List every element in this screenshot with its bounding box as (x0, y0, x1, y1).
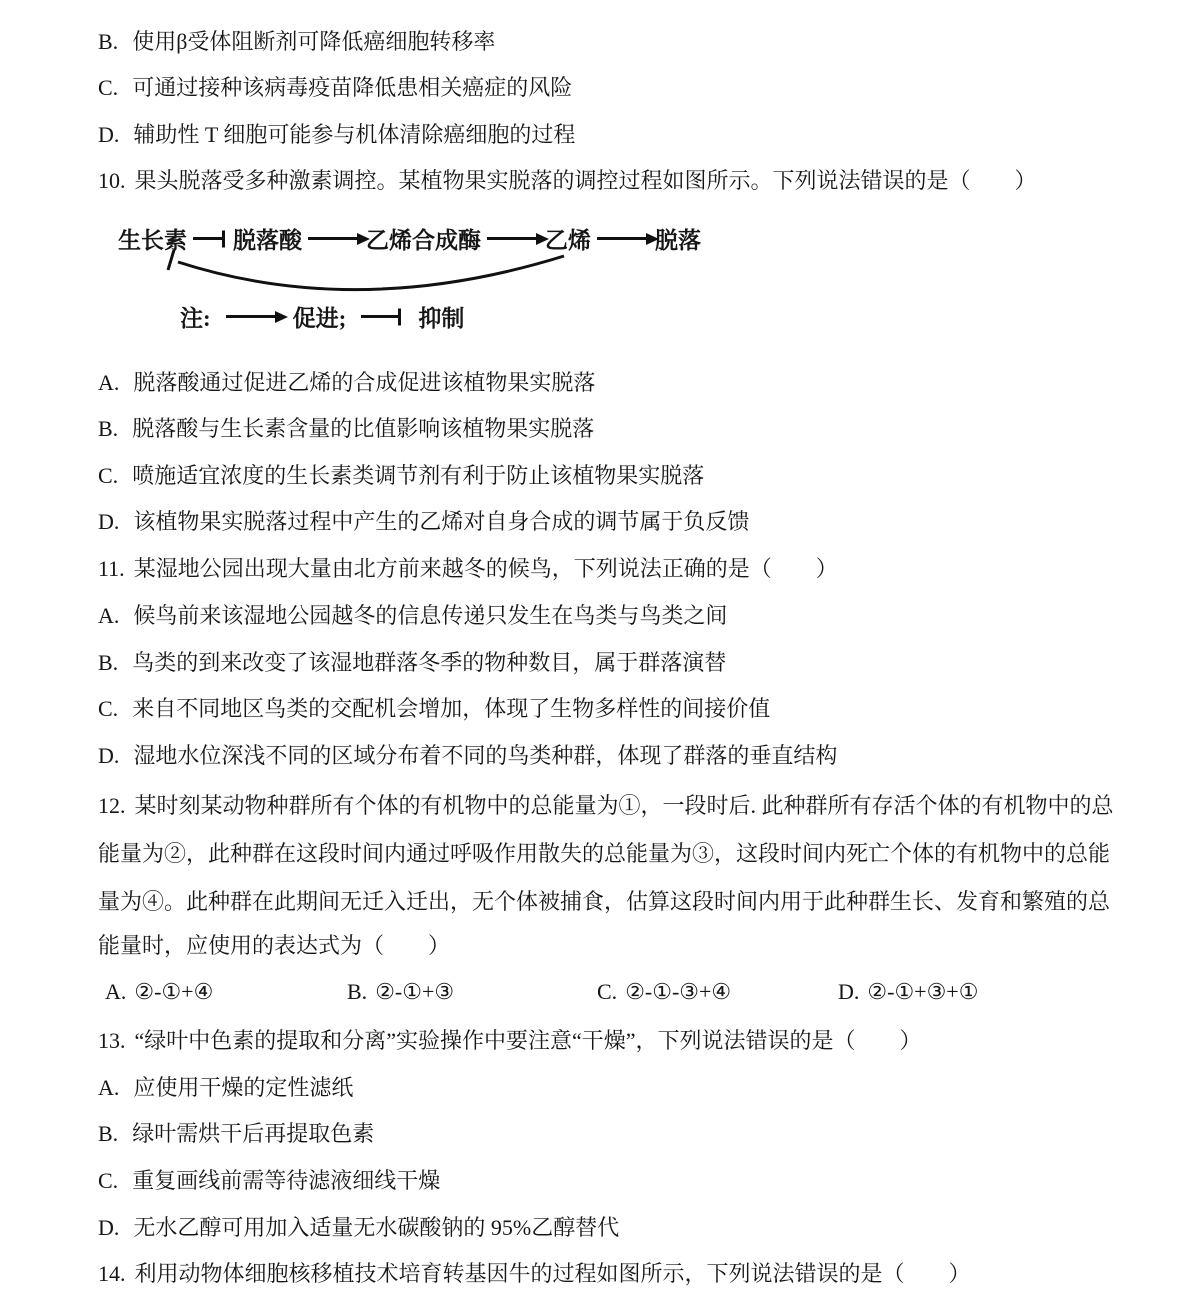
q10-option-d: D.该植物果实脱落过程中产生的乙烯对自身合成的调节属于负反馈 (98, 507, 749, 537)
question-number: 13. (98, 1026, 126, 1056)
option-text: 辅助性 T 细胞可能参与机体清除癌细胞的过程 (133, 122, 575, 147)
option-label: C. (98, 461, 118, 491)
question-number: 12. (98, 791, 126, 821)
legend-promote-label: 促进; (293, 300, 347, 333)
option-text: 鸟类的到来改变了该湿地群落冬季的物种数目，属于群落演替 (132, 650, 726, 675)
q12-stem-line-3: 量为④。此种群在此期间无迁入迁出，无个体被捕食，估算这段时间内用于此种群生长、发… (98, 887, 1110, 917)
option-label: B. (98, 1119, 118, 1149)
promote-arrow-icon (308, 237, 358, 240)
option-text: 脱落酸与生长素含量的比值影响该植物果实脱落 (132, 416, 594, 441)
q12-stem-line-1: 12.某时刻某动物种群所有个体的有机物中的总能量为①，一段时后. 此种群所有存活… (98, 791, 1114, 821)
question-text: 某时刻某动物种群所有个体的有机物中的总能量为①，一段时后. 此种群所有存活个体的… (135, 793, 1114, 818)
question-number: 14. (98, 1259, 126, 1289)
question-text: 能量时，应使用的表达式为（ ） (98, 933, 450, 958)
question-text: “绿叶中色素的提取和分离”实验操作中要注意“干燥”，下列说法错误的是（ ） (135, 1028, 922, 1053)
q11-option-a: A.候鸟前来该湿地公园越冬的信息传递只发生在鸟类与鸟类之间 (98, 601, 727, 631)
option-text: 使用β受体阻断剂可降低癌细胞转移率 (132, 29, 495, 54)
option-text: ②-①-③+④ (625, 979, 731, 1004)
q10-option-c: C.喷施适宜浓度的生长素类调节剂有利于防止该植物果实脱落 (98, 461, 704, 491)
q13-option-b: B.绿叶需烘干后再提取色素 (98, 1119, 374, 1149)
question-text: 某湿地公园出现大量由北方前来越冬的候鸟，下列说法正确的是（ ） (134, 556, 838, 581)
option-text: 无水乙醇可用加入适量无水碳酸钠的 95%乙醇替代 (133, 1215, 619, 1240)
promote-arrow-icon (487, 237, 537, 240)
q12-stem-line-2: 能量为②，此种群在这段时间内通过呼吸作用散失的总能量为③，这段时间内死亡个体的有… (98, 839, 1110, 869)
question-text: 利用动物体细胞核移植技术培育转基因牛的过程如图所示，下列说法错误的是（ ） (135, 1261, 971, 1286)
q12-option-b: B.②-①+③ (347, 979, 454, 1005)
q11-option-b: B.鸟类的到来改变了该湿地群落冬季的物种数目，属于群落演替 (98, 648, 726, 678)
option-text: 湿地水位深浅不同的区域分布着不同的鸟类种群，体现了群落的垂直结构 (133, 743, 837, 768)
question-text: 量为④。此种群在此期间无迁入迁出，无个体被捕食，估算这段时间内用于此种群生长、发… (98, 889, 1110, 914)
q12-option-a: A.②-①+④ (105, 979, 213, 1005)
option-text: 可通过接种该病毒疫苗降低患相关癌症的风险 (132, 75, 572, 100)
legend-inhibit-label: 抑制 (418, 300, 464, 333)
q12-option-c: C.②-①-③+④ (597, 979, 731, 1005)
option-label: B. (347, 979, 367, 1005)
diagram-legend: 注: 促进; 抑制 (180, 300, 464, 333)
option-label: C. (98, 694, 118, 724)
option-text: 应使用干燥的定性滤纸 (133, 1075, 353, 1100)
option-text: 绿叶需烘干后再提取色素 (132, 1121, 374, 1146)
q10-option-a: A.脱落酸通过促进乙烯的合成促进该植物果实脱落 (98, 368, 595, 398)
q9-option-d: D.辅助性 T 细胞可能参与机体清除癌细胞的过程 (98, 120, 575, 150)
option-label: C. (98, 73, 118, 103)
q9-option-b: B.使用β受体阻断剂可降低癌细胞转移率 (98, 27, 495, 57)
q13-option-a: A.应使用干燥的定性滤纸 (98, 1073, 353, 1103)
promote-arrow-icon (226, 315, 276, 318)
option-label: A. (98, 368, 119, 398)
q13-option-c: C.重复画线前需等待滤液细线干燥 (98, 1166, 440, 1196)
option-text: 重复画线前需等待滤液细线干燥 (132, 1168, 440, 1193)
q11-option-d: D.湿地水位深浅不同的区域分布着不同的鸟类种群，体现了群落的垂直结构 (98, 741, 837, 771)
promote-arrow-icon (597, 237, 647, 240)
legend-prefix: 注: (180, 300, 211, 333)
q10-stem: 10.果头脱落受多种激素调控。某植物果实脱落的调控过程如图所示。下列说法错误的是… (98, 166, 1037, 196)
q13-stem: 13.“绿叶中色素的提取和分离”实验操作中要注意“干燥”，下列说法错误的是（ ） (98, 1026, 922, 1056)
option-text: 喷施适宜浓度的生长素类调节剂有利于防止该植物果实脱落 (132, 463, 704, 488)
option-label: D. (98, 120, 119, 150)
q9-option-c: C.可通过接种该病毒疫苗降低患相关癌症的风险 (98, 73, 572, 103)
q11-stem: 11.某湿地公园出现大量由北方前来越冬的候鸟，下列说法正确的是（ ） (98, 554, 838, 584)
question-text: 果头脱落受多种激素调控。某植物果实脱落的调控过程如图所示。下列说法错误的是（ ） (135, 168, 1037, 193)
q11-option-c: C.来自不同地区鸟类的交配机会增加，体现了生物多样性的间接价值 (98, 694, 770, 724)
option-label: D. (98, 507, 119, 537)
option-text: ②-①+④ (134, 979, 213, 1004)
q12-option-d: D.②-①+③+① (838, 979, 978, 1005)
node-abscission: 脱落 (655, 222, 701, 255)
option-label: B. (98, 27, 118, 57)
inhibit-arrow-icon (193, 237, 225, 240)
option-label: B. (98, 414, 118, 444)
option-label: D. (98, 741, 119, 771)
question-text: 能量为②，此种群在这段时间内通过呼吸作用散失的总能量为③，这段时间内死亡个体的有… (98, 841, 1110, 866)
option-label: A. (98, 601, 119, 631)
question-number: 11. (98, 554, 125, 584)
option-text: 候鸟前来该湿地公园越冬的信息传递只发生在鸟类与鸟类之间 (133, 603, 727, 628)
option-label: D. (838, 979, 859, 1005)
option-text: 脱落酸通过促进乙烯的合成促进该植物果实脱落 (133, 370, 595, 395)
option-text: 来自不同地区鸟类的交配机会增加，体现了生物多样性的间接价值 (132, 696, 770, 721)
q10-option-b: B.脱落酸与生长素含量的比值影响该植物果实脱落 (98, 414, 594, 444)
inhibit-arrow-icon (361, 315, 401, 318)
option-text: ②-①+③ (375, 979, 454, 1004)
option-text: ②-①+③+① (867, 979, 978, 1004)
q14-stem: 14.利用动物体细胞核移植技术培育转基因牛的过程如图所示，下列说法错误的是（ ） (98, 1259, 971, 1289)
option-label: A. (105, 979, 126, 1005)
option-label: B. (98, 648, 118, 678)
option-text: 该植物果实脱落过程中产生的乙烯对自身合成的调节属于负反馈 (133, 509, 749, 534)
question-number: 10. (98, 166, 126, 196)
option-label: C. (597, 979, 617, 1005)
option-label: C. (98, 1166, 118, 1196)
q13-option-d: D.无水乙醇可用加入适量无水碳酸钠的 95%乙醇替代 (98, 1213, 619, 1243)
exam-page: B.使用β受体阻断剂可降低癌细胞转移率 C.可通过接种该病毒疫苗降低患相关癌症的… (0, 0, 1189, 1311)
option-label: A. (98, 1073, 119, 1103)
option-label: D. (98, 1213, 119, 1243)
q12-stem-line-4: 能量时，应使用的表达式为（ ） (98, 931, 450, 961)
